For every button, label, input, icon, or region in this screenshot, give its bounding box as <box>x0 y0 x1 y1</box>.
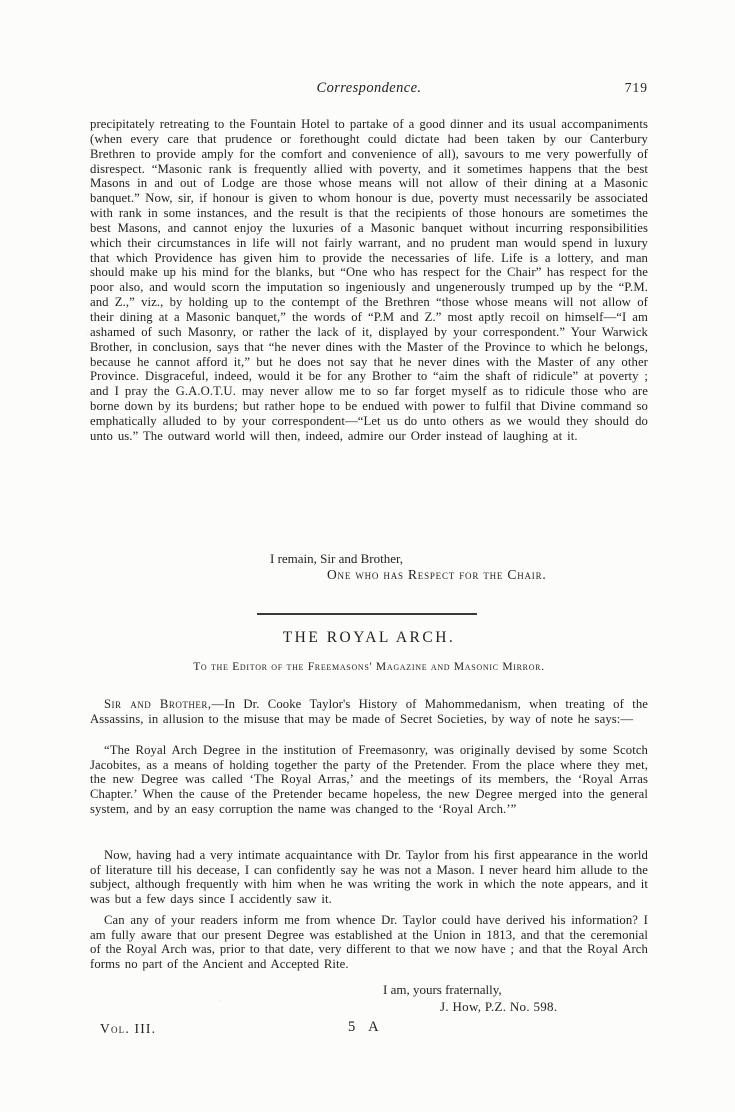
magazine-page: Correspondence. 719 precipitately retrea… <box>0 0 735 1112</box>
letter-body-paragraph: precipitately retreating to the Fountain… <box>90 117 648 444</box>
article-paragraph-salutation: Sir and Brother,—In Dr. Cooke Taylor's H… <box>90 697 648 727</box>
salutation-small-caps: Sir and Brother, <box>104 697 212 711</box>
article-title: THE ROYAL ARCH. <box>90 629 648 647</box>
volume-label: Vol. III. <box>100 1021 156 1037</box>
printers-press-mark: 5 A <box>348 1019 384 1036</box>
article-closing-line: I am, yours fraternally, <box>90 982 735 998</box>
page-number: 719 <box>625 80 648 96</box>
running-title: Correspondence. <box>90 80 648 97</box>
letter-signature: One who has Respect for the Chair. <box>90 567 735 583</box>
article-paragraph-3: Now, having had a very intimate acquaint… <box>90 848 648 907</box>
article-signature: J. How, P.Z. No. 598. <box>90 999 735 1015</box>
article-quote-paragraph: “The Royal Arch Degree in the institutio… <box>90 743 648 817</box>
letter-closing-line: I remain, Sir and Brother, <box>90 551 735 567</box>
section-divider-rule <box>257 613 477 615</box>
article-paragraph-4: Can any of your readers inform me from w… <box>90 913 648 972</box>
editor-address-line: To the Editor of the Freemasons' Magazin… <box>90 661 648 673</box>
